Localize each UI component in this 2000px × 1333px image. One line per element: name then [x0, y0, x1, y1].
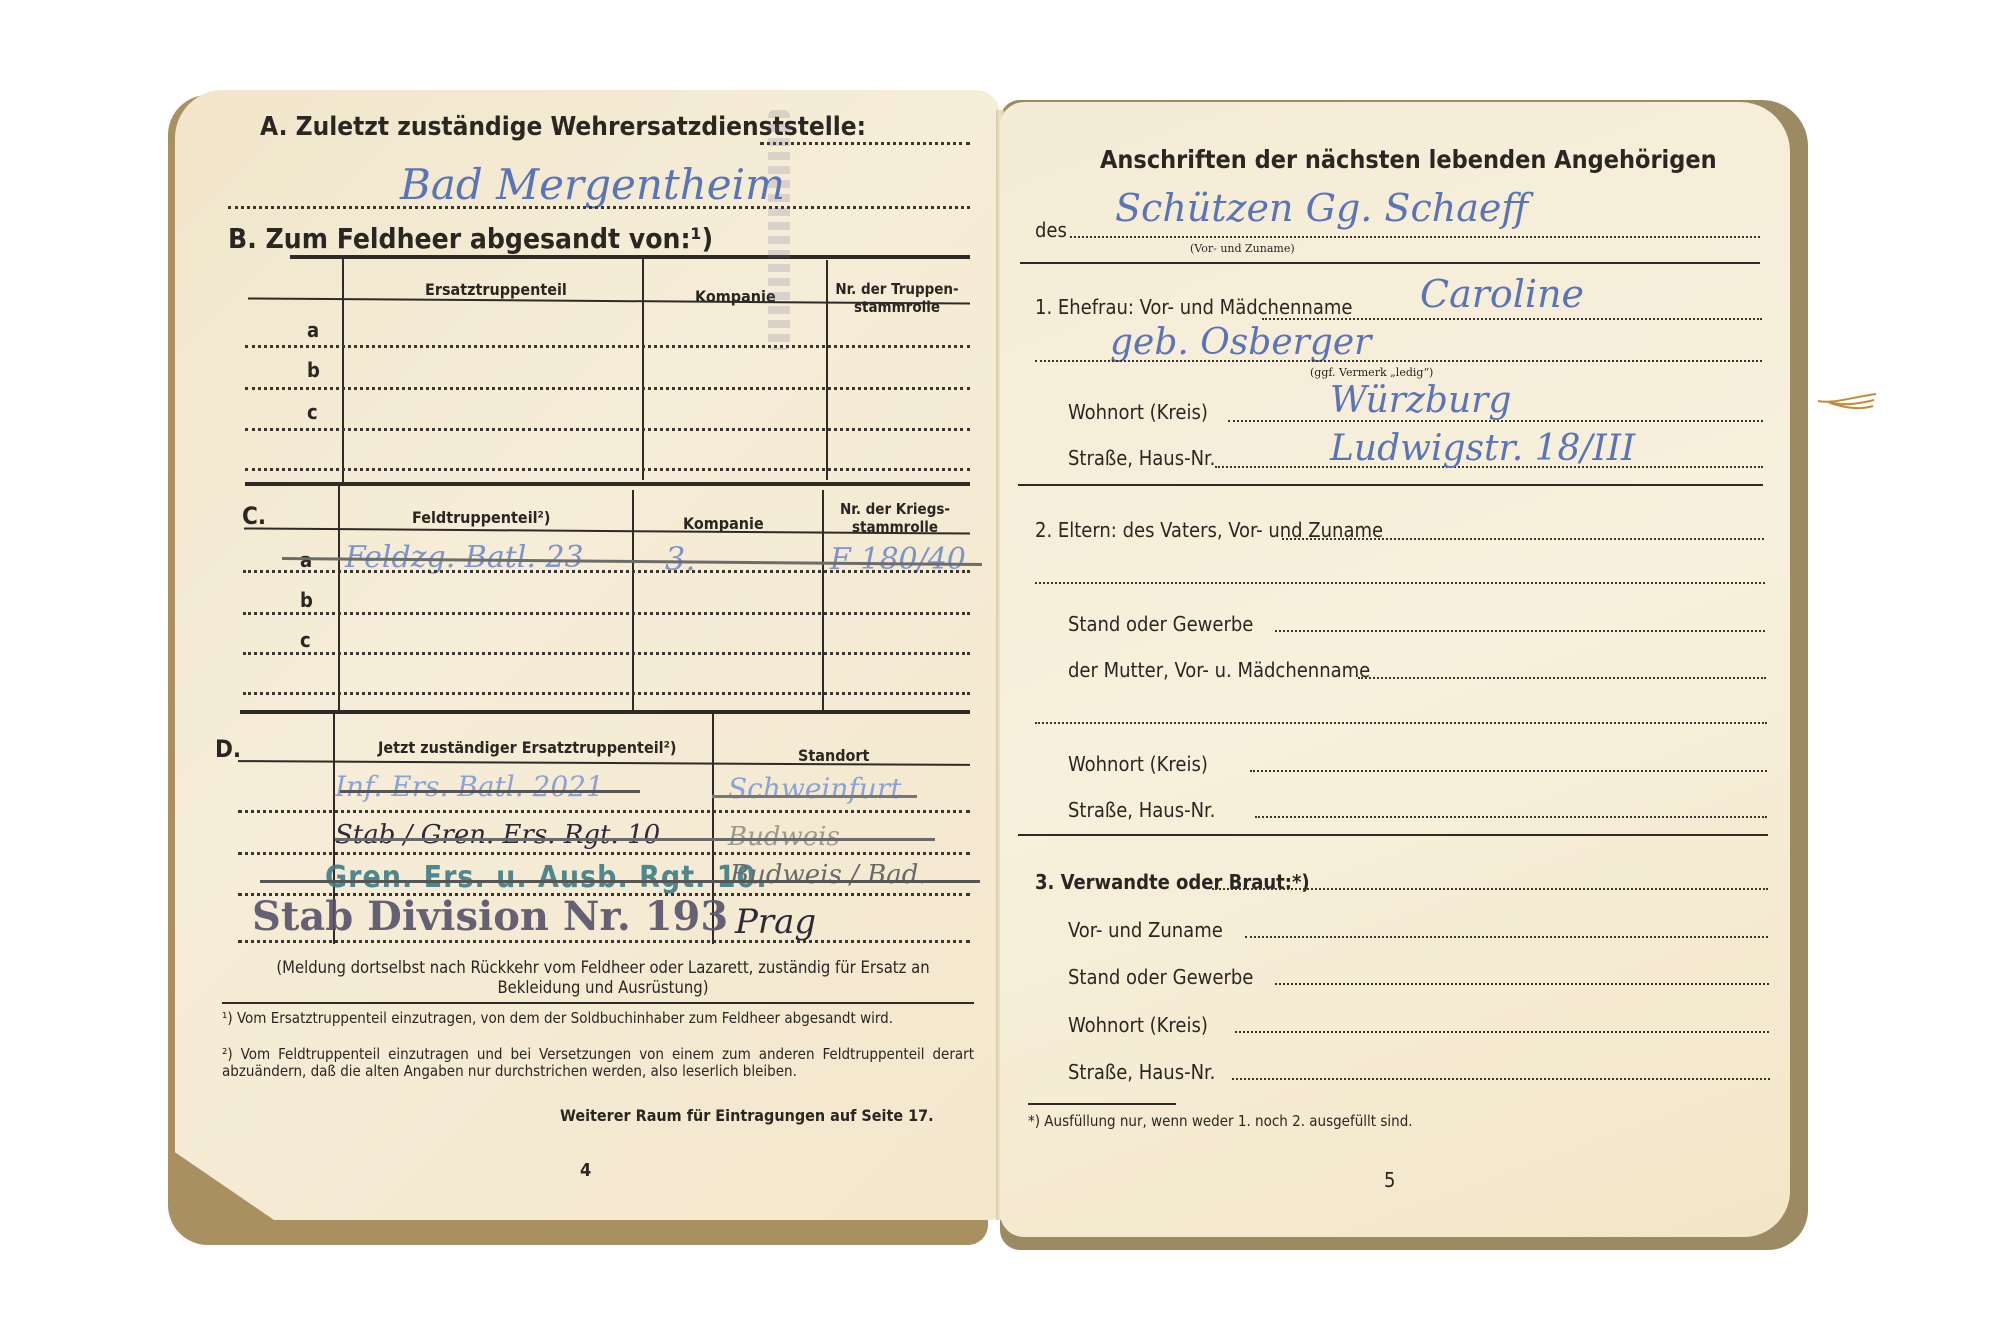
des-label: des: [1035, 218, 1067, 242]
column-divider: [642, 258, 644, 480]
rule: [245, 482, 970, 486]
rule: [290, 255, 970, 259]
ehefrau-label: 1. Ehefrau: Vor- und Mädchenname: [1035, 295, 1352, 319]
row-line: [245, 387, 970, 390]
column-divider: [338, 484, 340, 714]
footnote: *) Ausfüllung nur, wenn weder 1. noch 2.…: [1028, 1112, 1413, 1130]
footnote-rule: [222, 1002, 974, 1004]
row-label-b: b: [300, 588, 313, 612]
des-caption: (Vor- und Zuname): [1190, 242, 1295, 255]
column-divider: [826, 260, 828, 480]
d-entry-2-unit: Stab / Gren. Ers. Rgt. 10: [335, 820, 660, 850]
dotted-line: [1262, 318, 1762, 320]
column-divider: [822, 490, 824, 714]
row-line: [243, 692, 970, 695]
stamp-stab-division: Stab Division Nr. 193: [252, 893, 728, 940]
row-line: [245, 428, 970, 431]
column-divider: [342, 255, 344, 483]
mutter-label: der Mutter, Vor- u. Mädchenname: [1068, 658, 1370, 682]
stamp-gren-ers-rgt: Gren. Ers. u. Ausb. Rgt. 10.: [325, 860, 768, 895]
footnote-1: ¹) Vom Ersatztruppenteil einzutragen, vo…: [222, 1010, 974, 1027]
col-header-kriegsstammrolle: Nr. der Kriegs-stammrolle: [830, 500, 960, 536]
section-b-label: B. Zum Feldheer abgesandt von:¹): [228, 222, 713, 255]
dotted-line: [1235, 1031, 1769, 1033]
section-c-label: C.: [242, 502, 266, 530]
bookmark-string-icon: [1818, 392, 1878, 410]
continuation-note: Weiterer Raum für Eintragungen auf Seite…: [560, 1106, 934, 1125]
strikethrough-line: [340, 790, 640, 793]
d-entry-3-location: Budweis / Bad.: [730, 860, 927, 890]
column-divider: [632, 490, 634, 712]
dotted-line: [1275, 630, 1765, 632]
section-d-note: (Meldung dortselbst nach Rückkehr vom Fe…: [233, 958, 973, 998]
row-line: [243, 612, 970, 615]
strikethrough-line: [335, 838, 935, 841]
d-entry-2-location: Budweis: [728, 822, 840, 852]
dotted-line: [1275, 983, 1769, 985]
verwandte-wohnort-label: Wohnort (Kreis): [1068, 1013, 1208, 1037]
dotted-line: [228, 206, 970, 209]
wohnort-label: Wohnort (Kreis): [1068, 400, 1208, 424]
row-label-a: a: [307, 318, 319, 342]
rule: [240, 710, 970, 714]
col-header-ersatztruppenteil: Ersatztruppenteil: [425, 280, 567, 299]
footnote-rule: [1028, 1103, 1176, 1105]
dotted-line: [1035, 360, 1762, 362]
col-header-ersatztruppenteil: Jetzt zuständiger Ersatztruppenteil²): [378, 738, 676, 757]
dotted-line: [1282, 538, 1764, 540]
faint-vertical-stamp: [768, 110, 790, 350]
wohnort-value: Würzburg: [1330, 380, 1511, 421]
strasse-value: Ludwigstr. 18/III: [1330, 428, 1635, 469]
dotted-line: [1035, 722, 1767, 724]
dotted-line: [760, 142, 970, 145]
col-header-feldtruppenteil: Feldtruppenteil²): [412, 508, 550, 527]
dotted-line: [1035, 582, 1765, 584]
row-label-c: c: [307, 400, 318, 424]
dotted-line: [1255, 816, 1767, 818]
strikethrough-line: [712, 795, 917, 798]
rule: [1018, 834, 1768, 836]
d-entry-4-location: Prag: [735, 902, 816, 942]
page-title: Anschriften der nächsten lebenden Angehö…: [1100, 145, 1717, 174]
page-number-5: 5: [1384, 1168, 1395, 1192]
col-header-stammrolle: Nr. der Truppen-stammrolle: [832, 280, 962, 316]
ledig-caption: (ggf. Vermerk „ledig“): [1310, 366, 1433, 379]
section-d-label: D.: [215, 735, 241, 763]
dotted-line: [1250, 770, 1767, 772]
eltern-strasse-label: Straße, Haus-Nr.: [1068, 798, 1215, 822]
ehefrau-name-value: Caroline: [1420, 272, 1584, 316]
vater-stand-label: Stand oder Gewerbe: [1068, 612, 1253, 636]
dotted-line: [1070, 236, 1760, 238]
ehefrau-maiden-value: geb. Osberger: [1110, 322, 1371, 363]
row-label-c: c: [300, 628, 311, 652]
d-entry-1-unit: Inf. Ers. Batl. 2021: [335, 770, 604, 803]
row-line: [243, 652, 970, 655]
dotted-line: [1245, 936, 1768, 938]
verwandte-label: 3. Verwandte oder Braut:*): [1035, 870, 1310, 894]
row-line: [243, 570, 970, 573]
dotted-line: [1358, 677, 1766, 679]
des-value: Schützen Gg. Schaeff: [1115, 186, 1528, 230]
row-label-b: b: [307, 358, 320, 382]
rule: [1020, 262, 1760, 264]
d-entry-1-location: Schweinfurt: [728, 772, 901, 805]
row-line: [245, 345, 970, 348]
row-line: [238, 810, 970, 813]
row-line: [238, 852, 970, 855]
page-number-4: 4: [580, 1160, 591, 1181]
verwandte-stand-label: Stand oder Gewerbe: [1068, 965, 1253, 989]
section-a-value: Bad Mergentheim: [400, 160, 785, 209]
footnote-2: ²) Vom Feldtruppenteil einzutragen und b…: [222, 1046, 974, 1080]
eltern-wohnort-label: Wohnort (Kreis): [1068, 752, 1208, 776]
row-line: [245, 468, 970, 471]
dotted-line: [1212, 888, 1768, 890]
dotted-line: [1232, 1078, 1770, 1080]
strasse-label: Straße, Haus-Nr.: [1068, 446, 1215, 470]
verwandte-name-label: Vor- und Zuname: [1068, 918, 1223, 942]
col-header-kompanie: Kompanie: [695, 287, 776, 306]
verwandte-strasse-label: Straße, Haus-Nr.: [1068, 1060, 1215, 1084]
strikethrough-line: [260, 880, 980, 883]
row-line: [238, 940, 970, 943]
rule: [1018, 484, 1763, 486]
